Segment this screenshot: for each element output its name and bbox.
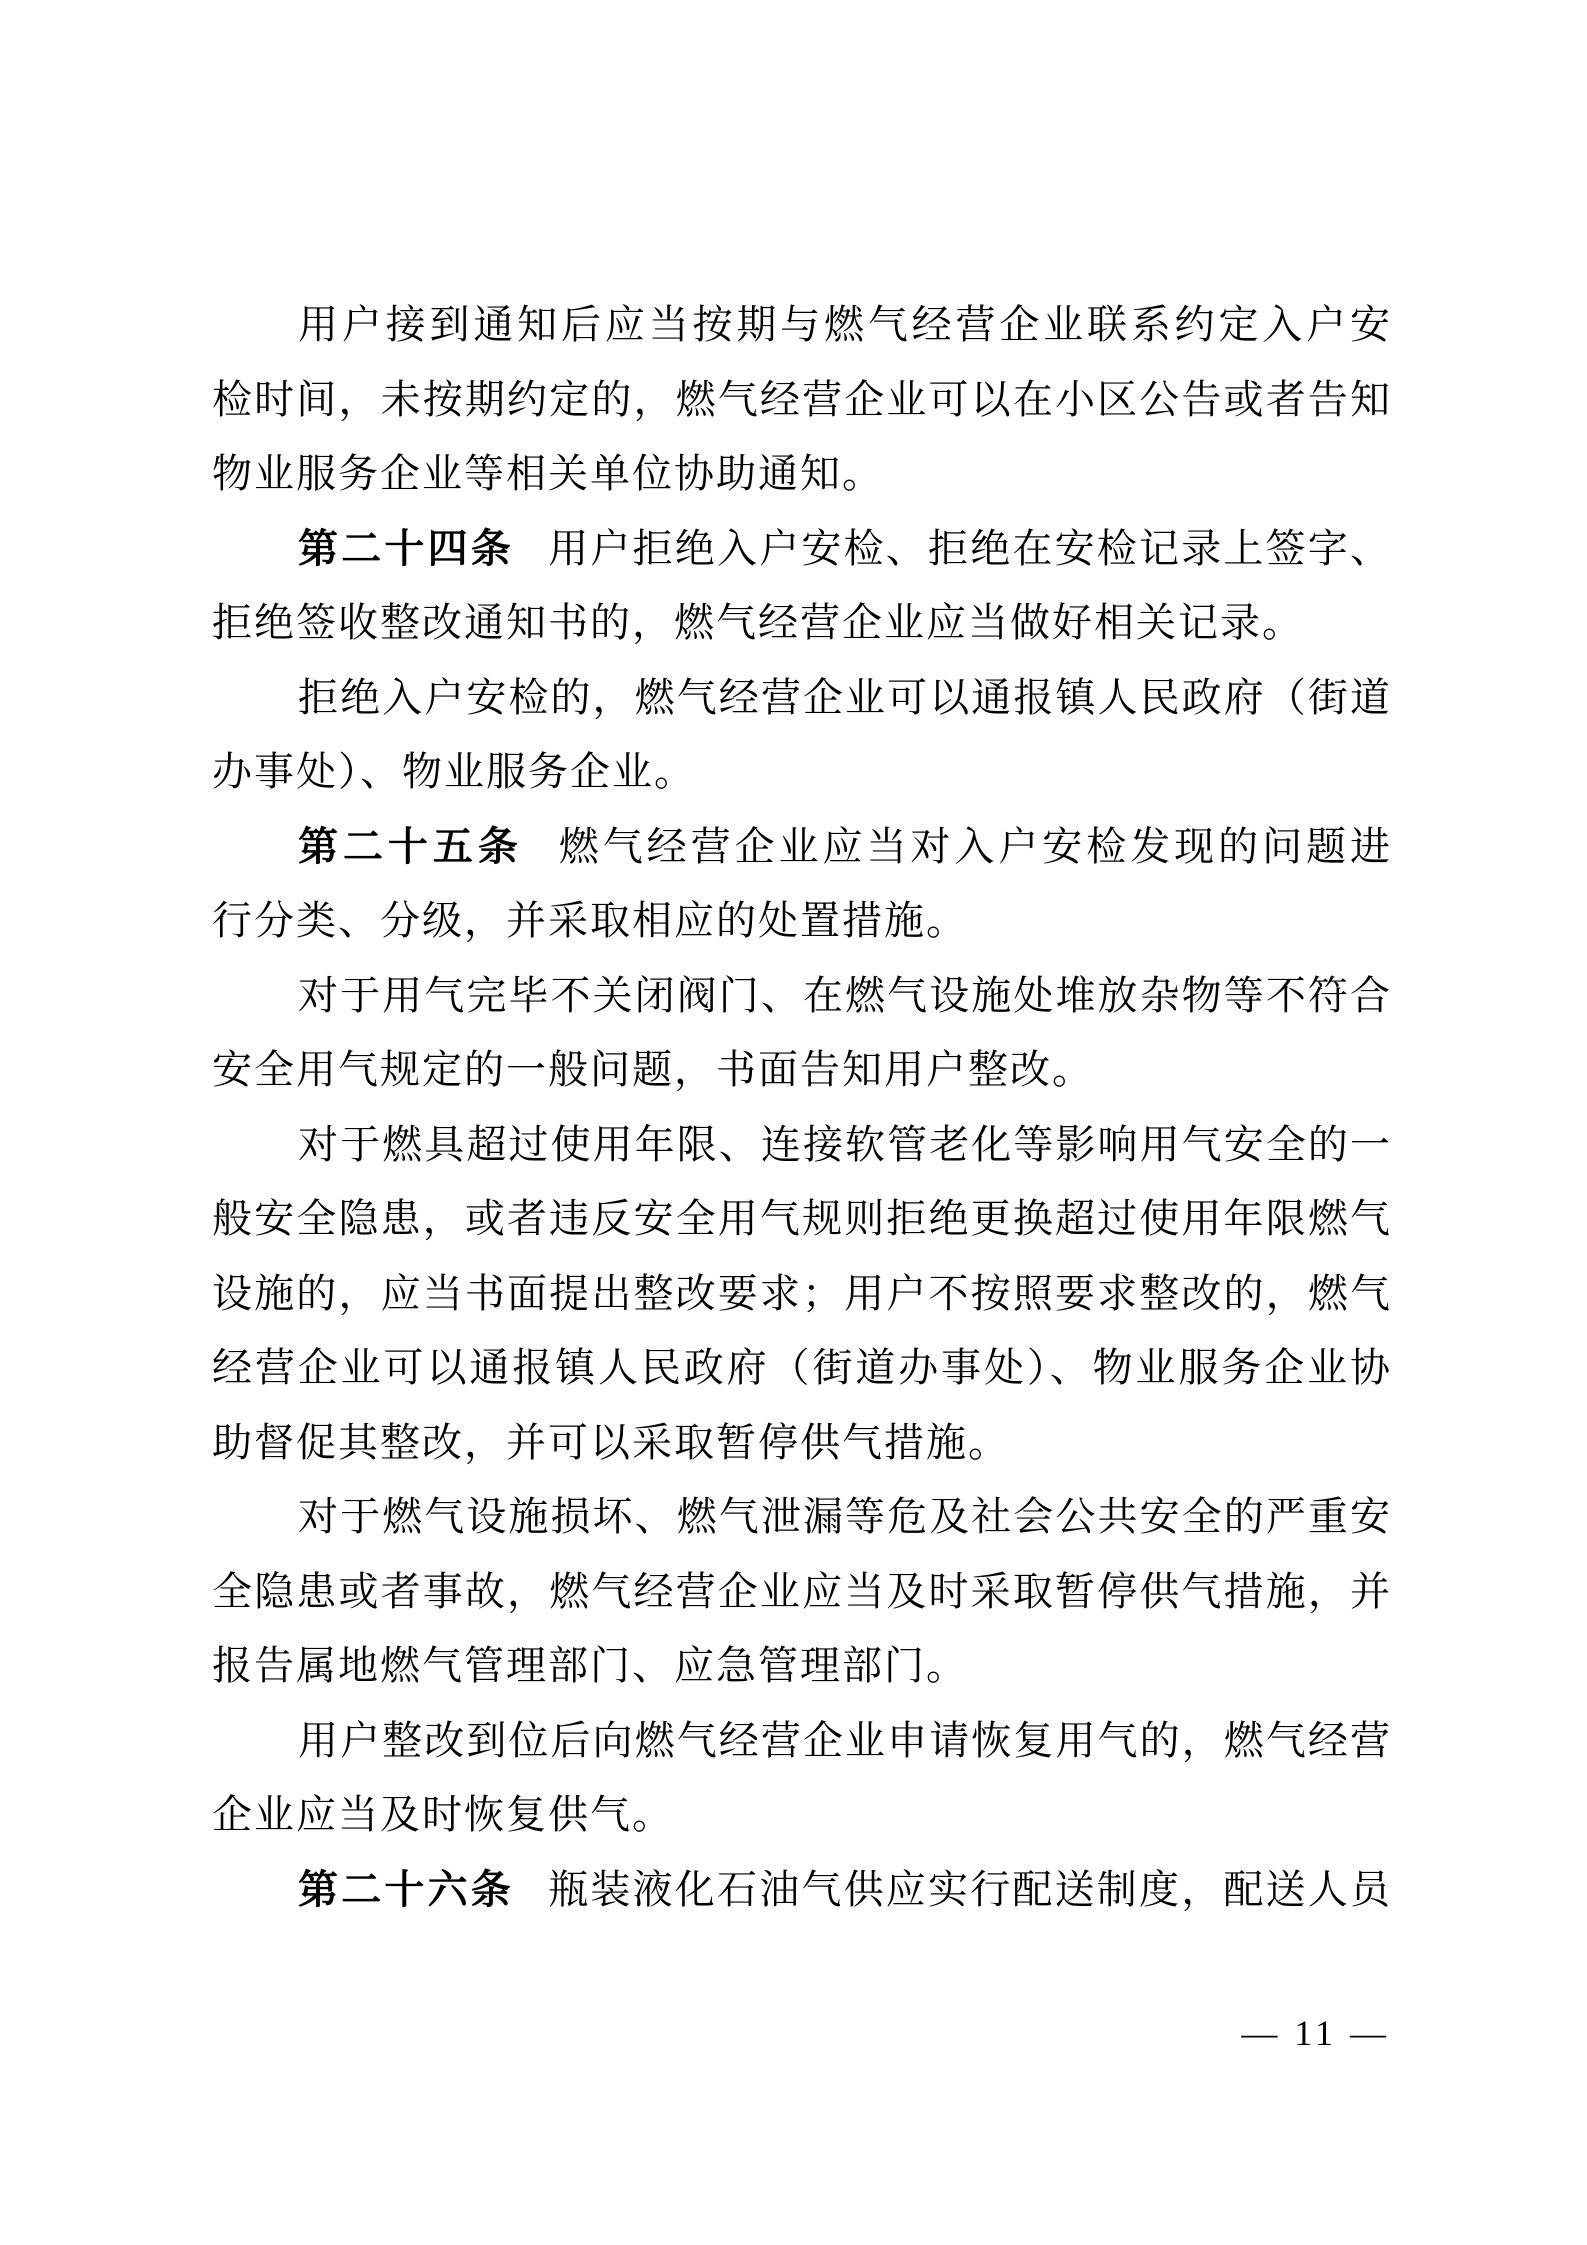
text-segment: 瓶装液化石油气供应实行配送制度，配送人员	[548, 1867, 1392, 1912]
text-line: 安全用气规定的一般问题，书面告知用户整改。	[212, 1033, 1392, 1108]
text-line: 全隐患或者事故，燃气经营企业应当及时采取暂停供气措施，并	[212, 1555, 1392, 1630]
text-line: 助督促其整改，并可以采取暂停供气措施。	[212, 1406, 1392, 1481]
document-page: 用户接到通知后应当按期与燃气经营企业联系约定入户安 检时间，未按期约定的，燃气经…	[0, 0, 1587, 2245]
text-segment: 燃气经营企业应当对入户安检发现的问题进	[557, 824, 1392, 869]
text-line: 用户整改到位后向燃气经营企业申请恢复用气的，燃气经营	[212, 1704, 1392, 1779]
text-line: 第二十六条瓶装液化石油气供应实行配送制度，配送人员	[212, 1853, 1392, 1928]
article-number: 第二十四条	[298, 526, 514, 571]
paragraph-article-25: 第二十五条燃气经营企业应当对入户安检发现的问题进 行分类、分级，并采取相应的处置…	[212, 810, 1392, 959]
paragraph: 用户整改到位后向燃气经营企业申请恢复用气的，燃气经营 企业应当及时恢复供气。	[212, 1704, 1392, 1853]
text-line: 对于用气完毕不关闭阀门、在燃气设施处堆放杂物等不符合	[212, 959, 1392, 1034]
paragraph: 拒绝入户安检的，燃气经营企业可以通报镇人民政府（街道 办事处）、物业服务企业。	[212, 661, 1392, 810]
text-line: 对于燃具超过使用年限、连接软管老化等影响用气安全的一	[212, 1108, 1392, 1183]
text-line: 企业应当及时恢复供气。	[212, 1778, 1392, 1853]
text-line: 行分类、分级，并采取相应的处置措施。	[212, 884, 1392, 959]
article-number: 第二十五条	[298, 824, 523, 869]
text-line: 设施的，应当书面提出整改要求；用户不按照要求整改的，燃气	[212, 1257, 1392, 1332]
paragraph: 对于用气完毕不关闭阀门、在燃气设施处堆放杂物等不符合 安全用气规定的一般问题，书…	[212, 959, 1392, 1108]
article-number: 第二十六条	[298, 1867, 514, 1912]
article-title-gap	[523, 859, 557, 860]
text-line: 用户接到通知后应当按期与燃气经营企业联系约定入户安	[212, 288, 1392, 363]
article-title-gap	[514, 1902, 548, 1903]
paragraph: 对于燃气设施损坏、燃气泄漏等危及社会公共安全的严重安 全隐患或者事故，燃气经营企…	[212, 1480, 1392, 1704]
text-line: 对于燃气设施损坏、燃气泄漏等危及社会公共安全的严重安	[212, 1480, 1392, 1555]
text-line: 检时间，未按期约定的，燃气经营企业可以在小区公告或者告知	[212, 363, 1392, 438]
paragraph: 对于燃具超过使用年限、连接软管老化等影响用气安全的一 般安全隐患，或者违反安全用…	[212, 1108, 1392, 1481]
text-line: 报告属地燃气管理部门、应急管理部门。	[212, 1629, 1392, 1704]
text-line: 第二十五条燃气经营企业应当对入户安检发现的问题进	[212, 810, 1392, 885]
text-line: 物业服务企业等相关单位协助通知。	[212, 437, 1392, 512]
text-line: 拒绝入户安检的，燃气经营企业可以通报镇人民政府（街道	[212, 661, 1392, 736]
page-number: — 11 —	[1241, 2008, 1390, 2058]
text-line: 第二十四条用户拒绝入户安检、拒绝在安检记录上签字、	[212, 512, 1392, 587]
text-line: 拒绝签收整改通知书的，燃气经营企业应当做好相关记录。	[212, 586, 1392, 661]
document-body: 用户接到通知后应当按期与燃气经营企业联系约定入户安 检时间，未按期约定的，燃气经…	[212, 288, 1392, 1927]
paragraph-article-26: 第二十六条瓶装液化石油气供应实行配送制度，配送人员	[212, 1853, 1392, 1928]
article-title-gap	[514, 561, 548, 562]
text-line: 办事处）、物业服务企业。	[212, 735, 1392, 810]
paragraph: 用户接到通知后应当按期与燃气经营企业联系约定入户安 检时间，未按期约定的，燃气经…	[212, 288, 1392, 512]
text-segment: 用户拒绝入户安检、拒绝在安检记录上签字、	[548, 526, 1392, 571]
text-line: 般安全隐患，或者违反安全用气规则拒绝更换超过使用年限燃气	[212, 1182, 1392, 1257]
paragraph-article-24: 第二十四条用户拒绝入户安检、拒绝在安检记录上签字、 拒绝签收整改通知书的，燃气经…	[212, 512, 1392, 661]
text-line: 经营企业可以通报镇人民政府（街道办事处）、物业服务企业协	[212, 1331, 1392, 1406]
